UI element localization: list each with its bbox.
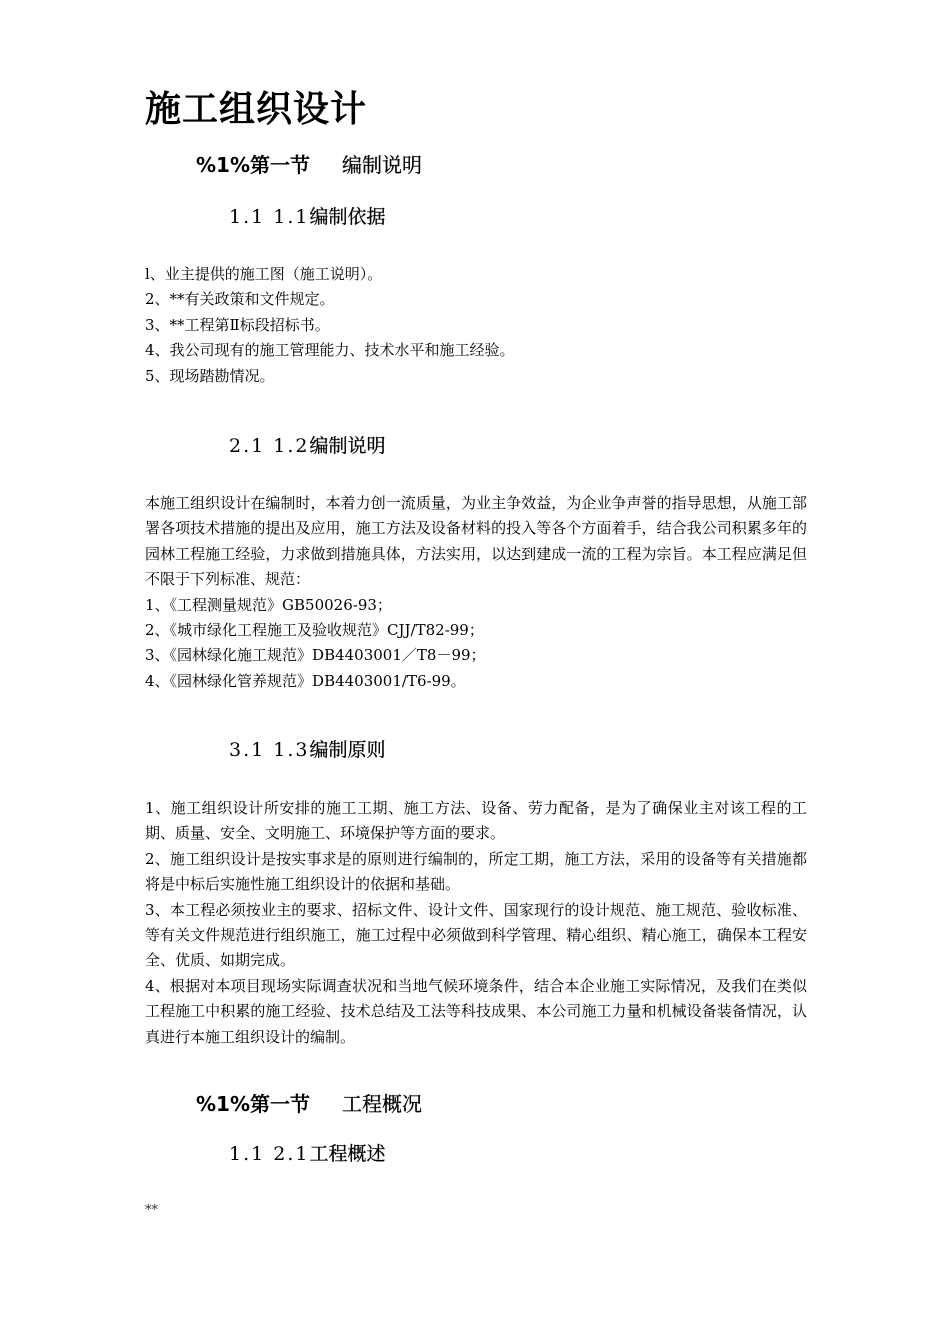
document-title: 施工组织设计: [145, 86, 367, 134]
principles-block: 1、施工组织设计所安排的施工工期、施工方法、设备、劳力配备，是为了确保业主对该工…: [145, 796, 807, 1050]
subsection-title: 编制说明: [309, 435, 385, 457]
list-item: 4、我公司现有的施工管理能力、技术水平和施工经验。: [145, 338, 807, 363]
overview-placeholder-text: **: [145, 1203, 158, 1219]
paragraph: 1、施工组织设计所安排的施工工期、施工方法、设备、劳力配备，是为了确保业主对该工…: [145, 796, 807, 847]
subsection-heading: 3.1 1.3编制原则: [229, 736, 386, 764]
subsection-title: 编制依据: [309, 206, 385, 228]
subsection-title: 编制原则: [309, 739, 385, 761]
section-prefix: %1%第一节: [196, 153, 310, 177]
paragraph: 本施工组织设计在编制时，本着力创一流质量，为业主争效益，为企业争声誉的指导思想，…: [145, 491, 807, 593]
section-heading: %1%第一节工程概况: [196, 1090, 422, 1118]
subsection-number: 1.1 1.1: [229, 206, 309, 228]
paragraph: 3、本工程必须按业主的要求、招标文件、设计文件、国家现行的设计规范、施工规范、验…: [145, 898, 807, 974]
section-title: 工程概况: [342, 1092, 422, 1116]
subsection-number: 1.1 2.1: [229, 1143, 309, 1165]
subsection-heading: 2.1 1.2编制说明: [229, 432, 386, 460]
basis-list: l、业主提供的施工图（施工说明）。 2、**有关政策和文件规定。 3、**工程第…: [145, 262, 807, 389]
section-heading: %1%第一节编制说明: [196, 151, 422, 179]
list-item: 3、**工程第Ⅱ标段招标书。: [145, 313, 807, 338]
standard-item: 2、《城市绿化工程施工及验收规范》CJJ/T82-99；: [145, 618, 807, 643]
description-block: 本施工组织设计在编制时，本着力创一流质量，为业主争效益，为企业争声誉的指导思想，…: [145, 491, 807, 694]
subsection-heading: 1.1 1.1编制依据: [229, 203, 386, 231]
section-title: 编制说明: [342, 153, 422, 177]
standard-item: 3、《园林绿化施工规范》DB4403001／T8－99；: [145, 643, 807, 668]
list-item: l、业主提供的施工图（施工说明）。: [145, 262, 807, 287]
section-prefix: %1%第一节: [196, 1092, 310, 1116]
standard-item: 1、《工程测量规范》GB50026-93；: [145, 593, 807, 618]
list-item: 2、**有关政策和文件规定。: [145, 287, 807, 312]
subsection-number: 2.1 1.2: [229, 435, 309, 457]
subsection-title: 工程概述: [309, 1143, 385, 1165]
subsection-number: 3.1 1.3: [229, 739, 309, 761]
paragraph: 4、根据对本项目现场实际调查状况和当地气候环境条件，结合本企业施工实际情况，及我…: [145, 974, 807, 1050]
list-item: 5、现场踏勘情况。: [145, 364, 807, 389]
subsection-heading: 1.1 2.1工程概述: [229, 1140, 386, 1168]
standard-item: 4、《园林绿化管养规范》DB4403001/T6-99。: [145, 669, 807, 694]
paragraph: 2、施工组织设计是按实事求是的原则进行编制的，所定工期，施工方法，采用的设备等有…: [145, 847, 807, 898]
